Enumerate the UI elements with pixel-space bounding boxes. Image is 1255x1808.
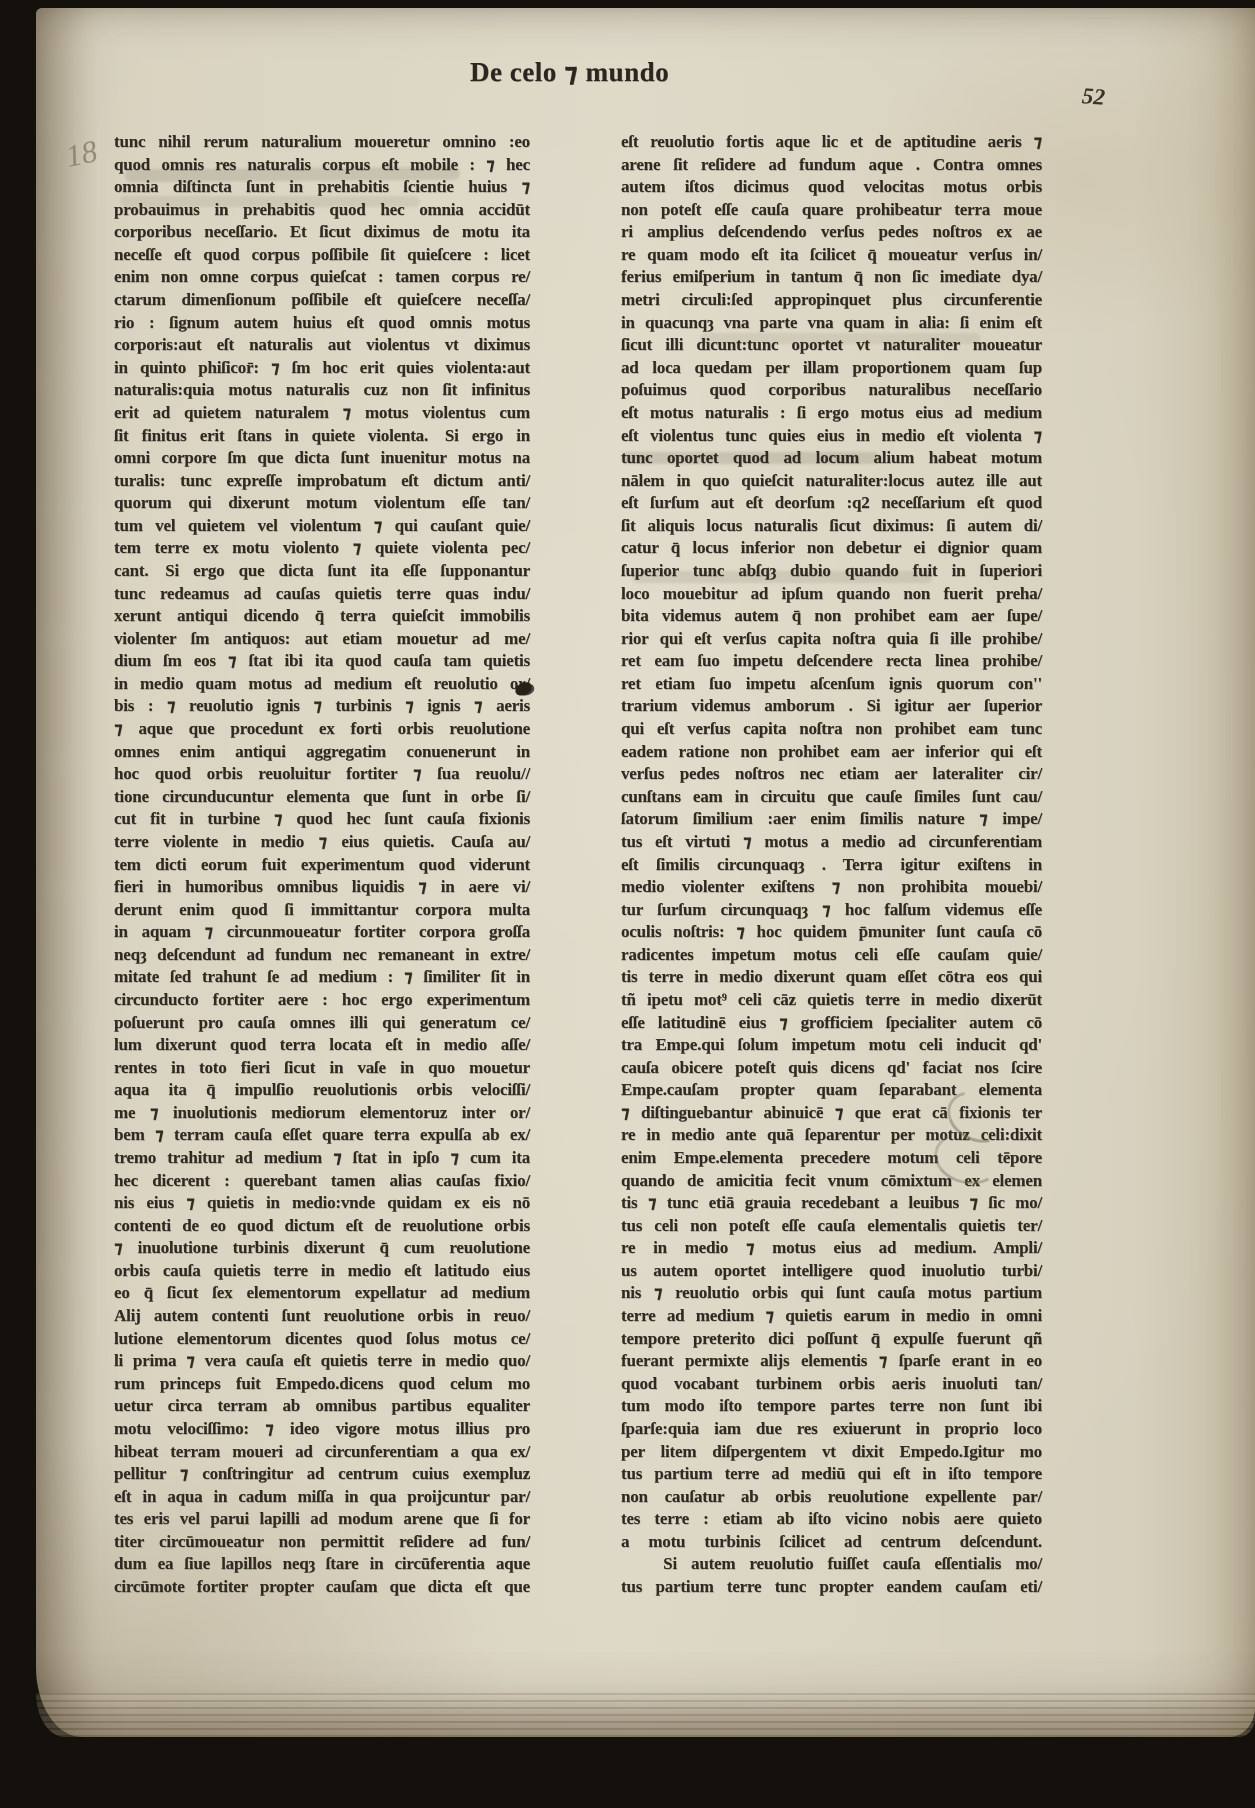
text-line: tus celi non poteſt eſſe cauſa elemental… xyxy=(621,1215,1042,1238)
text-line: re quam modo eſt ita ſcilicet q̄ moueatu… xyxy=(621,244,1042,267)
text-line: tum vel quietem vel violentum ⁊ qui cauſ… xyxy=(114,515,530,538)
page-edge-stack xyxy=(36,1693,1255,1737)
text-line: non cauſatur ab orbis reuolutione expell… xyxy=(621,1486,1042,1509)
text-line: tus partium terre ad mediū qui eſt in iſ… xyxy=(621,1463,1042,1486)
text-line: catur q̄ locus inferior non debetur ei d… xyxy=(621,537,1042,560)
text-line: aqua ita q̄ impulſio reuolutionis orbis … xyxy=(114,1079,530,1102)
text-line: circunducto fortiter aere : hoc ergo exp… xyxy=(114,989,530,1012)
text-line: eſt ſimilis circunquaqȝ . Terra igitur e… xyxy=(621,854,1042,877)
text-line: eſt ſurſum aut eſt deorſum :q2 neceſſari… xyxy=(621,492,1042,515)
text-line: loco mouebitur ad ipſum quando non fueri… xyxy=(621,583,1042,606)
text-line: li prima ⁊ vera cauſa eſt quietis terre … xyxy=(114,1350,530,1373)
text-line: Si autem reuolutio fuiſſet cauſa eſſenti… xyxy=(621,1553,1042,1576)
text-line: bem ⁊ terram cauſa eſſet quare terra exp… xyxy=(114,1124,530,1147)
text-line: tunc redeamus ad cauſas quietis terre qu… xyxy=(114,583,530,606)
text-line: ſuperior tunc abſqȝ dubio quando fuit in… xyxy=(621,560,1042,583)
text-line: tñ ipetu mot⁹ celi cāz quietis terre in … xyxy=(621,989,1042,1012)
text-line: ret eam ſuo impetu deſcendere recta line… xyxy=(621,650,1042,673)
text-line: fuerant permixte alijs elementis ⁊ ſparſ… xyxy=(621,1350,1042,1373)
text-line: in medio quam motus ad medium eſt reuolu… xyxy=(114,673,530,696)
text-line: omnes enim antiqui aggregatim conuenerun… xyxy=(114,741,530,764)
text-line: non poteſt eſſe cauſa quare prohibeatur … xyxy=(621,199,1042,222)
text-line: eſſe latitudinē eius ⁊ grofficiem ſpecia… xyxy=(621,1012,1042,1035)
text-line: radicentes impetum motus celi eſſe cauſa… xyxy=(621,944,1042,967)
text-line: eadem ratione non prohibet eam aer infer… xyxy=(621,741,1042,764)
text-line: tus partium terre tunc propter eandem ca… xyxy=(621,1576,1042,1599)
text-line: tunc nihil rerum naturalium moueretur om… xyxy=(114,131,530,154)
text-line: lum dixerunt quod terra locata eſt in me… xyxy=(114,1034,530,1057)
text-line: neceſſe eſt quod corpus poſſibile ſit qu… xyxy=(114,244,530,267)
text-line: poſuerunt pro cauſa omnes illi qui gener… xyxy=(114,1012,530,1035)
text-line: ⁊ inuolutione turbinis dixerunt q̄ cum r… xyxy=(114,1237,530,1260)
text-line: bis : ⁊ reuolutio ignis ⁊ turbinis ⁊ ign… xyxy=(114,695,530,718)
text-line: dum ea ſiue lapillos neqȝ ſtare in circū… xyxy=(114,1553,530,1576)
text-line: ſatorum ſimilium :aer enim ſimilis natur… xyxy=(621,808,1042,831)
text-line: metri circuli:ſed appropinquet plus circ… xyxy=(621,289,1042,312)
text-line: tione circunducuntur elementa que ſunt i… xyxy=(114,786,530,809)
text-line: rio : ſignum autem huius eſt quod omnis … xyxy=(114,312,530,335)
text-line: contenti de eo quod dictum eſt de reuolu… xyxy=(114,1215,530,1238)
folio-number: 52 xyxy=(1081,83,1106,111)
text-line: probauimus in prehabitis quod hec omnia … xyxy=(114,199,530,222)
text-line: eſt motus naturalis : ſi ergo motus eius… xyxy=(621,402,1042,425)
text-line: violenter ſm antiquos: aut etiam mouetur… xyxy=(114,628,530,651)
text-line: a motu turbinis ſcilicet ad centrum deſc… xyxy=(621,1531,1042,1554)
scanned-book-page: De celo ⁊ mundo 52 tunc nihil rerum natu… xyxy=(0,0,1255,1808)
text-line: circūmote fortiter propter cauſam que di… xyxy=(114,1576,530,1599)
text-line: quorum qui dixerunt motum violentum eſſe… xyxy=(114,492,530,515)
text-line: tum modo iſto tempore partes terre non ſ… xyxy=(621,1395,1042,1418)
text-line: tes terre : etiam ab iſto vicino nobis a… xyxy=(621,1508,1042,1531)
text-line: derunt enim quod ſi immittantur corpora … xyxy=(114,899,530,922)
text-line: dium ſm eos ⁊ ſtat ibi ita quod cauſa ta… xyxy=(114,650,530,673)
text-line: poſuimus quod corporibus naturalibus nec… xyxy=(621,379,1042,402)
text-line: naturalis:quia motus naturalis cuz non ſ… xyxy=(114,379,530,402)
text-line: eo q̄ ſicut ſex elementorum expellatur a… xyxy=(114,1282,530,1305)
text-line: in quinto phiſicor̄: ⁊ ſm hoc erit quies… xyxy=(114,357,530,380)
text-line: orbis cauſa quietis terre in medio eſt l… xyxy=(114,1260,530,1283)
text-line: ctarum dimenſionum poſſibile eſt quieſce… xyxy=(114,289,530,312)
text-line: per litem diſpergentem vt dixit Empedo.I… xyxy=(621,1441,1042,1464)
text-line: hibeat terram moueri ad circunferentiam … xyxy=(114,1441,530,1464)
text-line: me ⁊ inuolutionis mediorum elementoruz i… xyxy=(114,1102,530,1125)
text-line: erit ad quietem naturalem ⁊ motus violen… xyxy=(114,402,530,425)
text-line: corporis:aut eſt naturalis aut violentus… xyxy=(114,334,530,357)
text-line: tur ſurſum circunquaqȝ ⁊ hoc falſum vide… xyxy=(621,899,1042,922)
text-line: tem terre ex motu violento ⁊ quiete viol… xyxy=(114,537,530,560)
text-line: terre ad medium ⁊ quietis earum in medio… xyxy=(621,1305,1042,1328)
text-line: verſus pedes noſtros nec etiam aer later… xyxy=(621,763,1042,786)
text-line: fieri in humoribus omnibus liquidis ⁊ in… xyxy=(114,876,530,899)
text-line: omni corpore ſm que dicta ſunt inuenitur… xyxy=(114,447,530,470)
text-line: bita videmus autem q̄ non prohibet eam a… xyxy=(621,605,1042,628)
text-line: Alij autem contenti ſunt reuolutione orb… xyxy=(114,1305,530,1328)
text-line: us autem oportet intelligere quod inuolu… xyxy=(621,1260,1042,1283)
text-line: pellitur ⁊ conſtringitur ad centrum cuiu… xyxy=(114,1463,530,1486)
text-line: ad loca quedam per illam proportionem qu… xyxy=(621,357,1042,380)
text-column-left: tunc nihil rerum naturalium moueretur om… xyxy=(114,131,530,1599)
text-line: ſit finitus erit ſtans in quiete violent… xyxy=(114,425,530,448)
text-line: rentes in toto fieri ſicut in vaſe in qu… xyxy=(114,1057,530,1080)
text-line: tus eſt virtuti ⁊ motus a medio ad circu… xyxy=(621,831,1042,854)
text-line: re in medio ⁊ motus eius ad medium. Ampl… xyxy=(621,1237,1042,1260)
text-line: xerunt antiqui dicendo q̄ terra quieſcit… xyxy=(114,605,530,628)
text-line: autem iſtos dicimus quod velocitas motus… xyxy=(621,176,1042,199)
text-line: oculis noſtris: ⁊ hoc quidem p̄muniter ſ… xyxy=(621,921,1042,944)
text-line: tempore preterito dici poſſunt q̄ expulſ… xyxy=(621,1328,1042,1351)
text-line: qui eſt verſus capita noſtra non prohibe… xyxy=(621,718,1042,741)
text-line: tra Empe.qui ſolum impetum motu celi ind… xyxy=(621,1034,1042,1057)
text-column-right: eſt reuolutio fortis aque lic et de apti… xyxy=(621,131,1042,1599)
text-line: uetur circa terram ab omnibus partibus e… xyxy=(114,1395,530,1418)
text-line: eſt reuolutio fortis aque lic et de apti… xyxy=(621,131,1042,154)
text-line: tis ⁊ tunc etiā grauia recedebant a leui… xyxy=(621,1192,1042,1215)
text-line: hec dicerent : querebant tamen alias cau… xyxy=(114,1170,530,1193)
text-line: quod omnis res naturalis corpus eſt mobi… xyxy=(114,154,530,177)
text-line: motu velociſſimo: ⁊ ideo vigore motus il… xyxy=(114,1418,530,1441)
text-line: arene ſit reſidere ad fundum aque . Cont… xyxy=(621,154,1042,177)
text-line: tremo trahitur ad medium ⁊ ſtat in ipſo … xyxy=(114,1147,530,1170)
text-line: turalis: tunc expreſſe improbatum eſt di… xyxy=(114,470,530,493)
text-line: cant. Si ergo que dicta ſunt ita eſſe ſu… xyxy=(114,560,530,583)
text-line: cauſa obicere poteſt quis dicens qd' fac… xyxy=(621,1057,1042,1080)
text-line: tunc oportet quod ad locum alium habeat … xyxy=(621,447,1042,470)
text-line: quod vocabant turbinem orbis aeris inuol… xyxy=(621,1373,1042,1396)
text-line: medio violenter exiſtens ⁊ non prohibita… xyxy=(621,876,1042,899)
text-line: nis ⁊ reuolutio orbis qui ſunt cauſa mot… xyxy=(621,1282,1042,1305)
text-line: tis terre in medio dixerunt quam eſſet c… xyxy=(621,966,1042,989)
text-line: enim non omne corpus quieſcat : tamen co… xyxy=(114,266,530,289)
text-line: ſit aliquis locus naturalis ſicut diximu… xyxy=(621,515,1042,538)
text-line: hoc quod orbis reuoluitur fortiter ⁊ ſua… xyxy=(114,763,530,786)
text-line: tes eris vel parui lapilli ad modum aren… xyxy=(114,1508,530,1531)
text-line: titer circūmoueatur non permittit reſide… xyxy=(114,1531,530,1554)
text-line: nis eius ⁊ quietis in medio:vnde quidam … xyxy=(114,1192,530,1215)
text-line: neqȝ deſcendunt ad fundum nec remaneant … xyxy=(114,944,530,967)
text-line: mitate ſed trahunt ſe ad medium : ⁊ ſimi… xyxy=(114,966,530,989)
text-line: eſt violentus tunc quies eius in medio e… xyxy=(621,425,1042,448)
text-line: tem dicti eorum fuit experimentum quod v… xyxy=(114,854,530,877)
text-line: omnia diſtincta ſunt in prehabitis ſcien… xyxy=(114,176,530,199)
text-line: corporibus neceſſario. Et ſicut diximus … xyxy=(114,221,530,244)
text-line: cunſtans eam in circuitu que cauſe ſimil… xyxy=(621,786,1042,809)
text-line: ret etiam ſuo impetu aſcenſum ignis quor… xyxy=(621,673,1042,696)
text-line: ſicut illi dicunt:tunc oportet vt natura… xyxy=(621,334,1042,357)
text-line: lutione elementorum dicentes quod ſolus … xyxy=(114,1328,530,1351)
text-line: ⁊ aque que procedunt ex forti orbis reuo… xyxy=(114,718,530,741)
text-line: cut fit in turbine ⁊ quod hec ſunt cauſa… xyxy=(114,808,530,831)
text-line: terre violente in medio ⁊ eius quietis. … xyxy=(114,831,530,854)
running-title: De celo ⁊ mundo xyxy=(470,57,770,88)
text-line: ri amplius deſcendendo verſus pedes noſt… xyxy=(621,221,1042,244)
text-line: ferius emiſperium in tantum q̄ non ſic i… xyxy=(621,266,1042,289)
text-line: in quacunqȝ vna parte vna quam in alia: … xyxy=(621,312,1042,335)
text-line: eſt in aqua in cadum miſſa in qua proijc… xyxy=(114,1486,530,1509)
text-line: in aquam ⁊ circunmoueatur fortiter corpo… xyxy=(114,921,530,944)
text-line: ſparſe:quia iam due res exiuerunt in pro… xyxy=(621,1418,1042,1441)
text-line: nālem in quo quieſcit naturaliter:locus … xyxy=(621,470,1042,493)
text-line: rum princeps fuit Empedo.dicens quod cel… xyxy=(114,1373,530,1396)
text-line: rior qui eſt verſus capita noſtra quia ſ… xyxy=(621,628,1042,651)
text-line: trarium videmus amborum . Si igitur aer … xyxy=(621,695,1042,718)
